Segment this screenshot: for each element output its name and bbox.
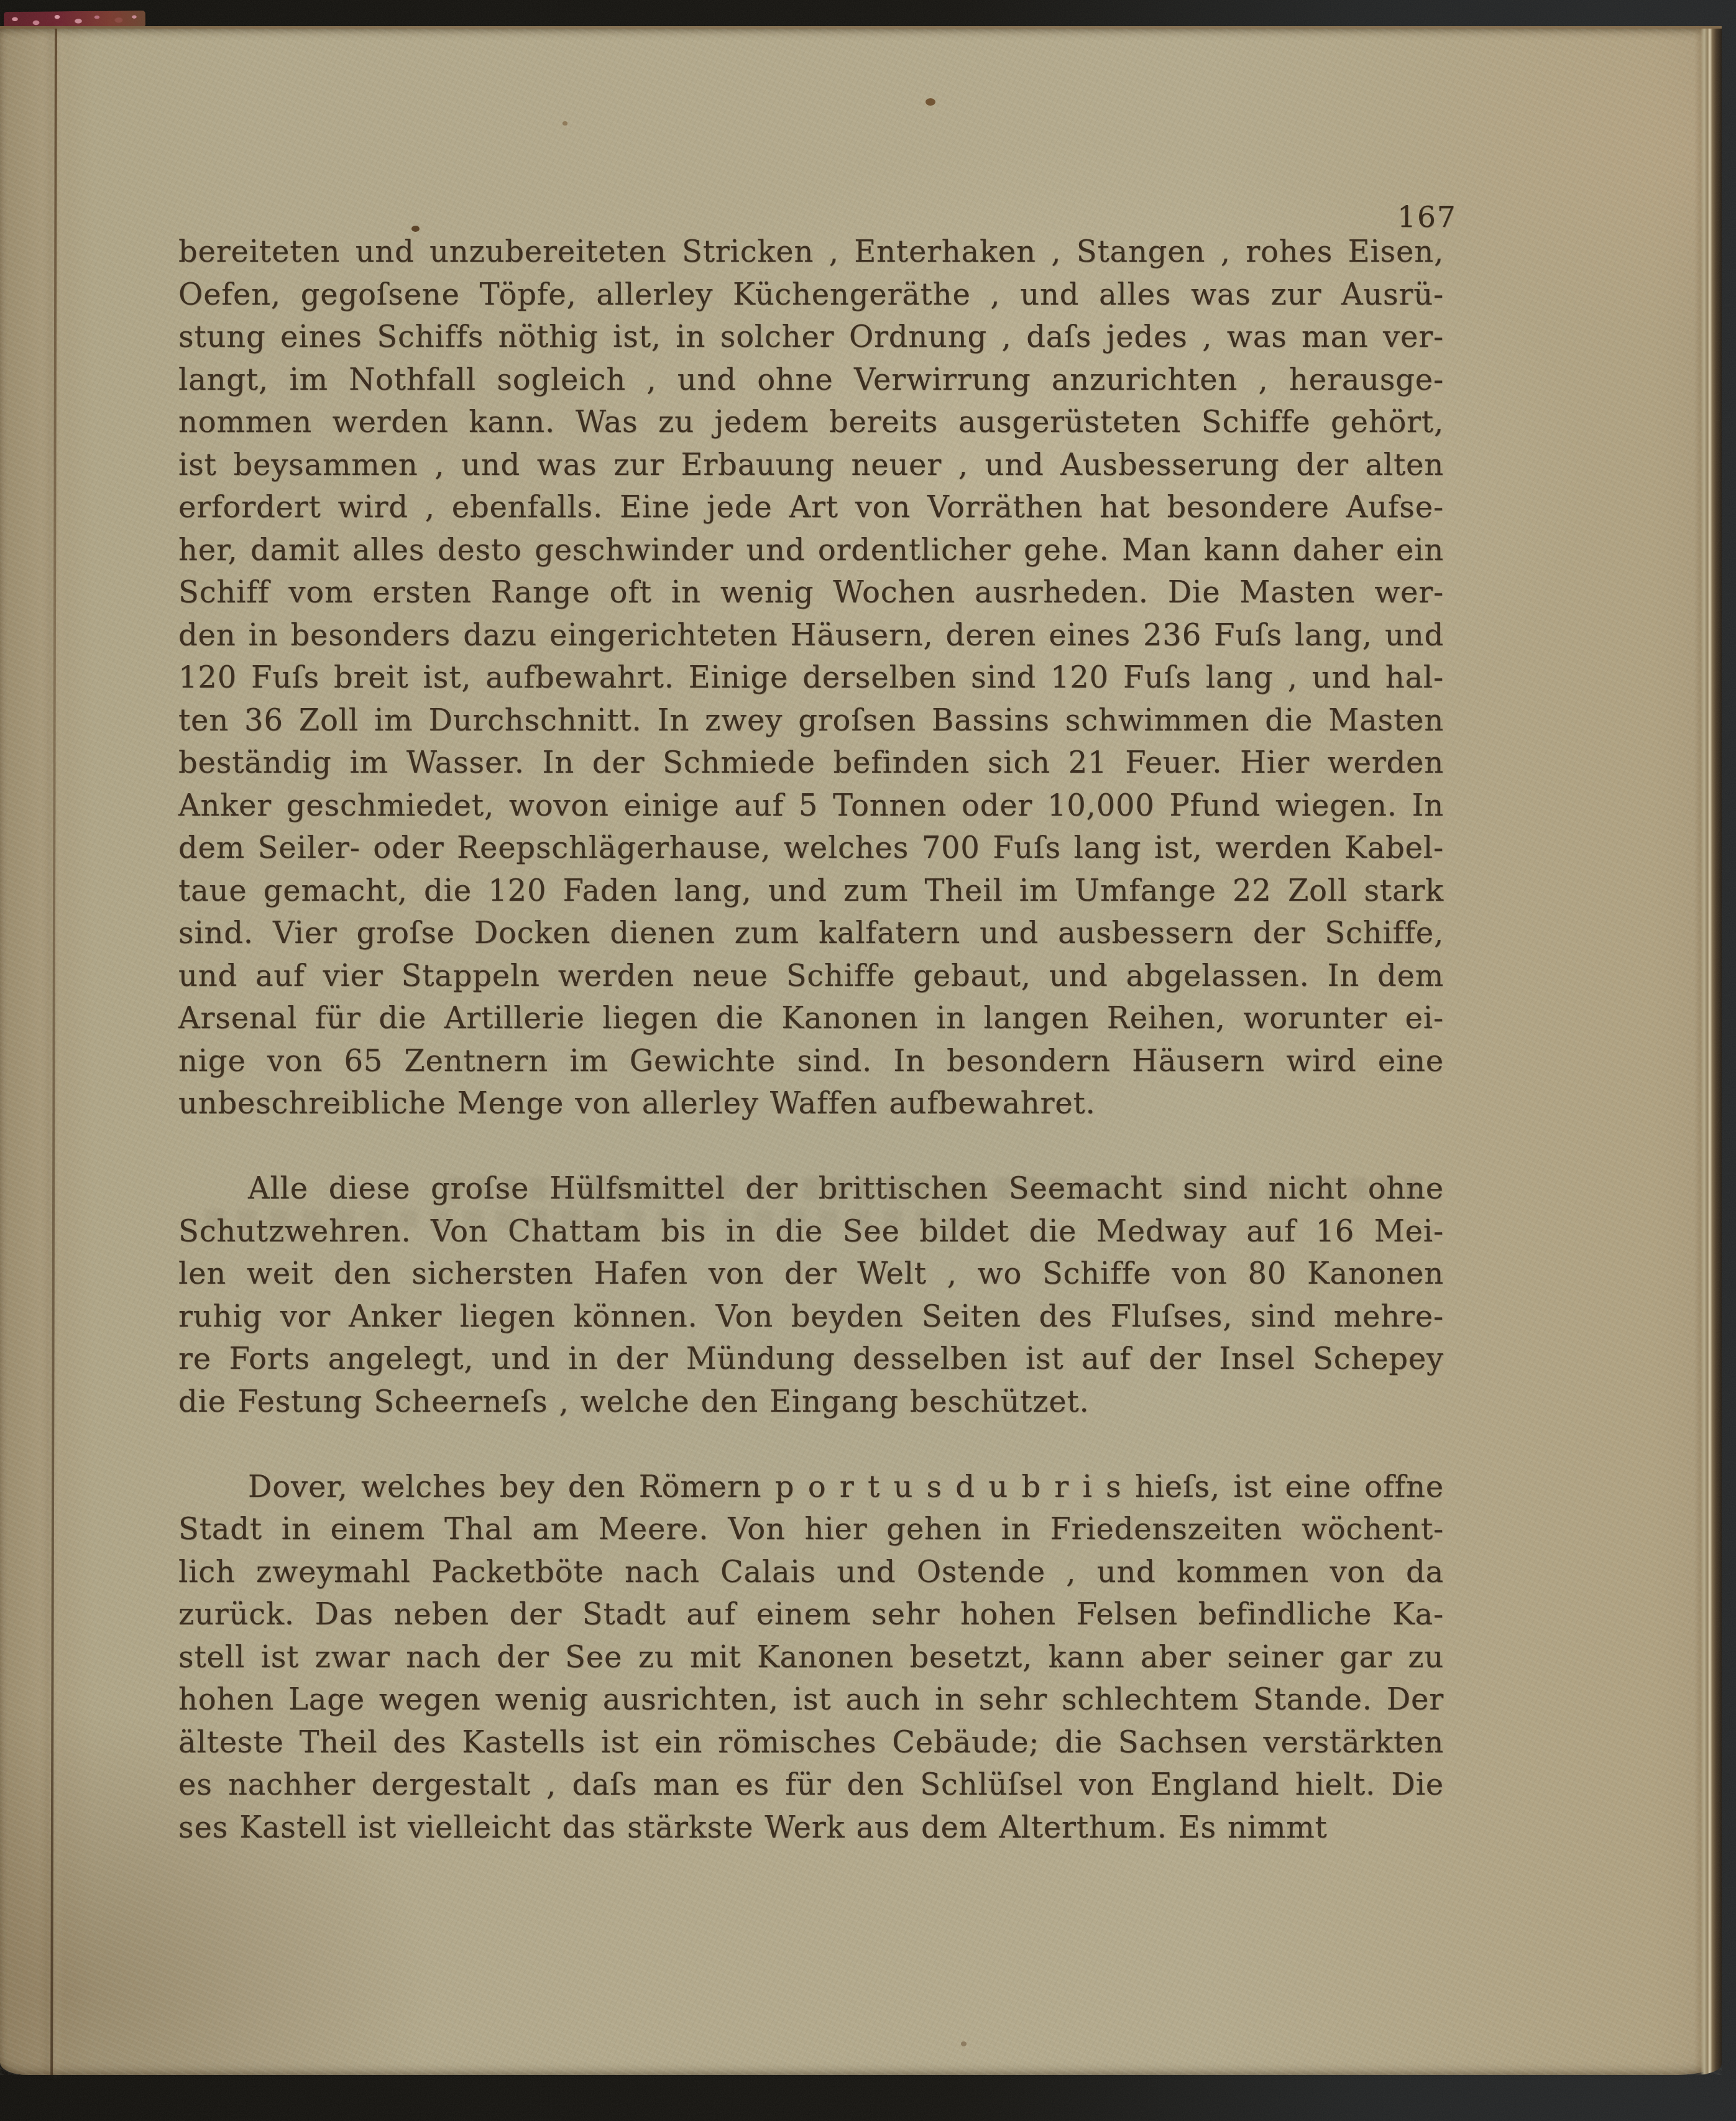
text-line: stell ist zwar nach der See zu mit Kanon… xyxy=(178,1636,1444,1679)
text-line: len weit den sichersten Hafen von der We… xyxy=(178,1253,1444,1295)
page-text-block: bereiteten und unzubereiteten Stricken ,… xyxy=(178,231,1444,1849)
text-line: stung eines Schiffs nöthig ist, in solch… xyxy=(178,316,1444,359)
text-line: Dover, welches bey den Römern p o r t u … xyxy=(178,1466,1444,1509)
text-line: Alle diese groſse Hülfsmittel der britti… xyxy=(178,1167,1444,1210)
text-line: ruhig vor Anker liegen können. Von beyde… xyxy=(178,1295,1444,1338)
text-line: erfordert wird , ebenfalls. Eine jede Ar… xyxy=(178,486,1444,529)
text-line: unbeschreibliche Menge von allerley Waff… xyxy=(178,1082,1444,1125)
text-line: nommen werden kann. Was zu jedem bereits… xyxy=(178,401,1444,444)
text-line: Stadt in einem Thal am Meere. Von hier g… xyxy=(178,1508,1444,1551)
text-line: hohen Lage wegen wenig ausrichten, ist a… xyxy=(178,1678,1444,1721)
text-line: es nachher dergestalt , daſs man es für … xyxy=(178,1764,1444,1806)
text-line: re Forts angelegt, und in der Mündung de… xyxy=(178,1338,1444,1381)
scan-background: { "page": { "number": "167", "language":… xyxy=(0,0,1736,2121)
text-line: Oefen, gegoſsene Töpfe, allerley Kücheng… xyxy=(178,274,1444,316)
text-line: die Festung Scheerneſs , welche den Eing… xyxy=(178,1381,1444,1424)
text-line: sind. Vier groſse Docken dienen zum kalf… xyxy=(178,912,1444,955)
text-line: zurück. Das neben der Stadt auf einem se… xyxy=(178,1593,1444,1636)
text-line: Schiff vom ersten Range oft in wenig Woc… xyxy=(178,571,1444,614)
gutter-crease xyxy=(50,29,57,2075)
text-line: 120 Fuſs breit ist, aufbewahrt. Einige d… xyxy=(178,656,1444,699)
text-line: bereiteten und unzubereiteten Stricken ,… xyxy=(178,231,1444,274)
text-line: lich zweymahl Packetböte nach Calais und… xyxy=(178,1551,1444,1594)
paragraph-spacer xyxy=(178,1125,1444,1168)
ink-speck xyxy=(925,98,935,106)
text-line: dem Seiler- oder Reepschlägerhause, welc… xyxy=(178,827,1444,870)
text-line: langt, im Nothfall sogleich , und ohne V… xyxy=(178,359,1444,402)
text-line: nige von 65 Zentnern im Gewichte sind. I… xyxy=(178,1040,1444,1083)
text-line: her, damit alles desto geschwinder und o… xyxy=(178,529,1444,572)
ink-speck xyxy=(563,121,567,126)
text-line: ist beysammen , und was zur Erbauung neu… xyxy=(178,444,1444,487)
page-number: 167 xyxy=(1397,200,1472,234)
page-edge-stack xyxy=(1694,29,1722,2075)
text-line: ses Kastell ist vielleicht das stärkste … xyxy=(178,1806,1444,1849)
text-line: den in besonders dazu eingerichteten Häu… xyxy=(178,614,1444,657)
text-line: ten 36 Zoll im Durchschnitt. In zwey gro… xyxy=(178,699,1444,742)
text-line: Arsenal für die Artillerie liegen die Ka… xyxy=(178,997,1444,1040)
text-line: taue gemacht, die 120 Faden lang, und zu… xyxy=(178,870,1444,913)
text-line: älteste Theil des Kastells ist ein römis… xyxy=(178,1721,1444,1764)
text-line: Anker geschmiedet, wovon einige auf 5 To… xyxy=(178,784,1444,827)
text-line: Schutzwehren. Von Chattam bis in die See… xyxy=(178,1210,1444,1253)
paragraph-spacer xyxy=(178,1423,1444,1466)
ink-speck xyxy=(961,2041,967,2046)
text-line: beständig im Wasser. In der Schmiede bef… xyxy=(178,742,1444,784)
text-line: und auf vier Stappeln werden neue Schiff… xyxy=(178,955,1444,998)
